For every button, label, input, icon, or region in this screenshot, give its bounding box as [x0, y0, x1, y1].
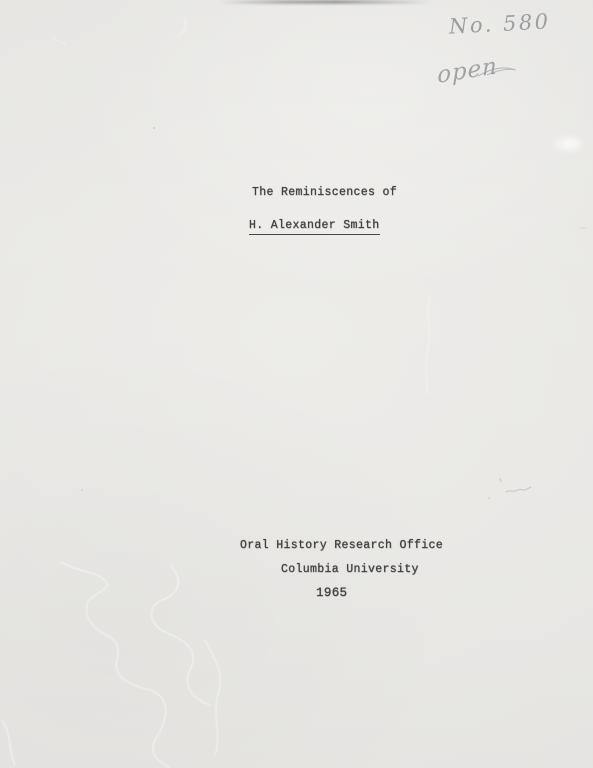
paper-white-smudge: [543, 126, 593, 166]
university-name: Columbia University: [281, 563, 419, 576]
handwritten-document-number: No. 580: [448, 9, 551, 38]
scanned-title-page: No. 580 open The Reminiscences of H. Ale…: [0, 0, 593, 768]
publication-year: 1965: [316, 586, 347, 600]
subject-name: H. Alexander Smith: [249, 219, 380, 235]
document-title: The Reminiscences of: [252, 186, 397, 199]
institution-name: Oral History Research Office: [240, 539, 443, 552]
handwritten-open-annotation: open: [437, 53, 498, 89]
paper-crease-marks: [0, 0, 593, 768]
scan-edge-smudge: [218, 0, 433, 4]
